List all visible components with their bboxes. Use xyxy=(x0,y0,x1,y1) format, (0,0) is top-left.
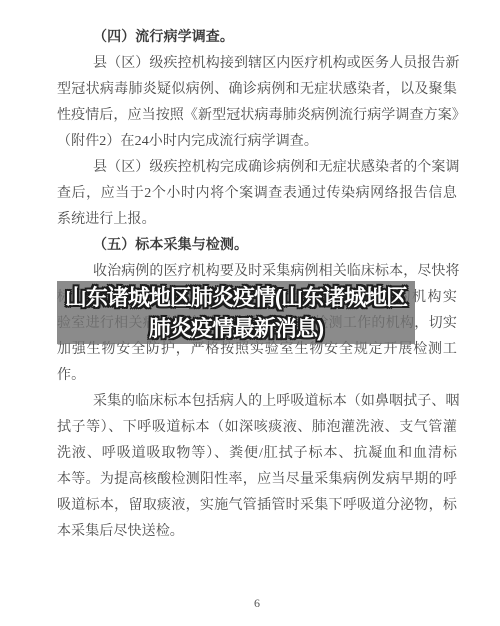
document-text-line: 作。 xyxy=(57,363,457,389)
document-text-line: 性疫情后，应当按照《新型冠状病毒肺炎病例流行病学调查方案》 xyxy=(57,103,457,129)
document-text-line: 查后，应当于2个小时内将个案调查表通过传染病网络报告信息 xyxy=(57,181,457,207)
document-text-line: 本采集后尽快送检。 xyxy=(57,519,457,545)
document-text-line: 洗液、呼吸道吸取物等）、粪便/肛拭子标本、抗凝血和血清标 xyxy=(57,441,457,467)
section-heading-line: （五）标本采集与检测。 xyxy=(57,233,457,259)
page-number: 6 xyxy=(57,594,457,612)
overlay-title-line-1: 山东诸城地区肺炎疫情(山东诸城地区 xyxy=(65,282,407,313)
document-text-line: 采集的临床标本包括病人的上呼吸道标本（如鼻咽拭子、咽 xyxy=(57,389,457,415)
document-page: （四）流行病学调查。县（区）级疾控机构接到辖区内医疗机构或医务人员报告新型冠状病… xyxy=(0,0,500,626)
overlay-title-line-2: 肺炎疫情最新消息) xyxy=(149,313,323,344)
document-text-line: 吸道标本，留取痰液，实施气管插管时采集下呼吸道分泌物，标 xyxy=(57,493,457,519)
document-text-line: 本等。为提高核酸检测阳性率，应当尽量采集病例发病早期的呼 xyxy=(57,467,457,493)
document-text-line: 型冠状病毒肺炎疑似病例、确诊病例和无症状感染者，以及聚集 xyxy=(57,77,457,103)
document-text-line: 拭子等）、下呼吸道标本（如深咳痰液、肺泡灌洗液、支气管灌 xyxy=(57,415,457,441)
document-text-line: 县（区）级疾控机构接到辖区内医疗机构或医务人员报告新 xyxy=(57,51,457,77)
document-text-line: 系统进行上报。 xyxy=(57,207,457,233)
document-text-line: （附件2）在24小时内完成流行病学调查。 xyxy=(57,129,457,155)
document-text-line: 县（区）级疾控机构完成确诊病例和无症状感染者的个案调 xyxy=(57,155,457,181)
section-heading-line: （四）流行病学调查。 xyxy=(57,25,457,51)
title-overlay-banner: 山东诸城地区肺炎疫情(山东诸城地区 肺炎疫情最新消息) xyxy=(57,281,415,344)
